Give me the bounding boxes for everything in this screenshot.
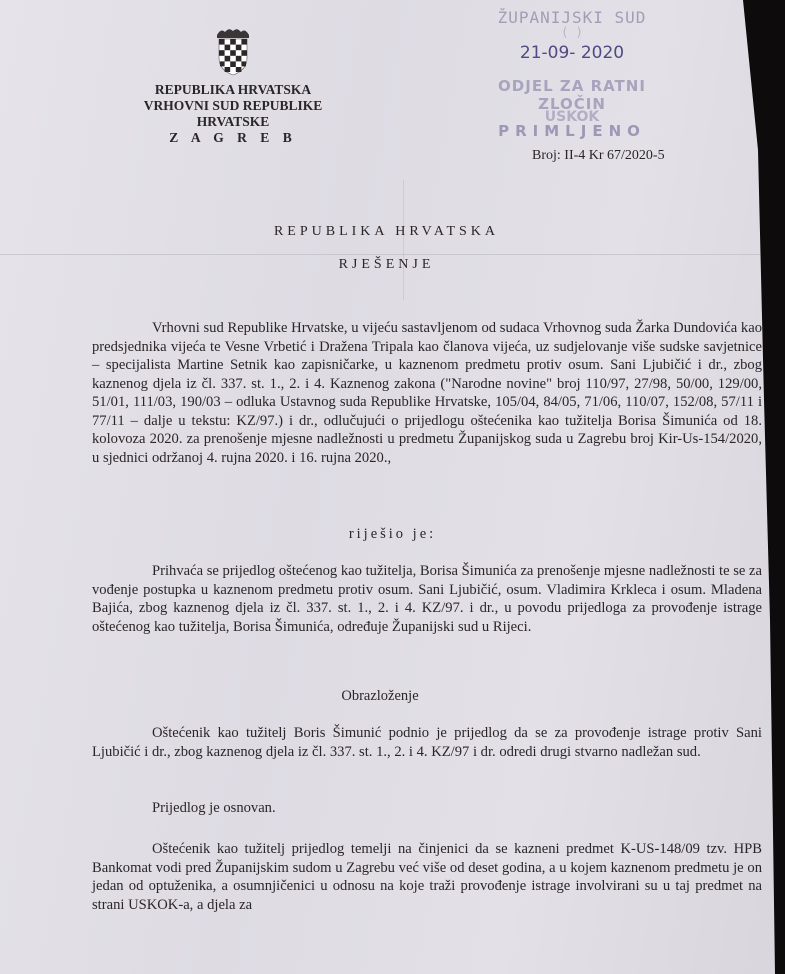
ruling-paragraph: Prihvaća se prijedlog oštećenog kao tuži… xyxy=(92,562,762,636)
received-stamp: ŽUPANIJSKI SUD ( ) 21-09- 2020 ODJEL ZA … xyxy=(462,8,682,140)
header-republic: REPUBLIKA HRVATSKA xyxy=(108,82,358,98)
reasoning-paragraph-1: Oštećenik kao tužitelj Boris Šimunić pod… xyxy=(92,724,762,761)
reasoning-heading: Obrazloženje xyxy=(0,688,760,705)
paper-fold-horizontal xyxy=(0,254,780,255)
croatian-coat-of-arms-icon xyxy=(213,26,253,76)
reasoning-text-2: Prijedlog je osnovan. xyxy=(152,800,276,816)
reasoning-text-3: Oštećenik kao tužitelj prijedlog temelji… xyxy=(92,841,762,913)
case-number: Broj: II-4 Kr 67/2020-5 xyxy=(532,148,665,164)
stamp-received: PRIMLJENO xyxy=(462,122,682,140)
stamp-paren: ( ) xyxy=(462,25,682,39)
ruling-text: Prihvaća se prijedlog oštećenog kao tuži… xyxy=(92,563,762,635)
resolved-heading: riješio je: xyxy=(0,526,785,543)
court-letterhead: REPUBLIKA HRVATSKA VRHOVNI SUD REPUBLIKE… xyxy=(108,26,358,146)
stamp-department: ODJEL ZA RATNI ZLOČIN xyxy=(462,77,682,113)
intro-paragraph: Vrhovni sud Republike Hrvatske, u vijeću… xyxy=(92,319,762,467)
reasoning-paragraph-3: Oštećenik kao tužitelj prijedlog temelji… xyxy=(92,840,762,914)
header-city: Z A G R E B xyxy=(108,130,358,146)
title-republic: REPUBLIKA HRVATSKA xyxy=(0,224,779,240)
header-court: VRHOVNI SUD REPUBLIKE HRVATSKE xyxy=(108,98,358,130)
title-decision: RJEŠENJE xyxy=(0,257,779,273)
intro-text: Vrhovni sud Republike Hrvatske, u vijeću… xyxy=(92,320,762,466)
document-page: REPUBLIKA HRVATSKA VRHOVNI SUD REPUBLIKE… xyxy=(0,0,785,974)
reasoning-paragraph-2: Prijedlog je osnovan. xyxy=(92,799,762,818)
stamp-date: 21-09- 2020 xyxy=(462,43,682,63)
reasoning-text-1: Oštećenik kao tužitelj Boris Šimunić pod… xyxy=(92,725,762,760)
paper-fold-vertical xyxy=(403,180,404,300)
